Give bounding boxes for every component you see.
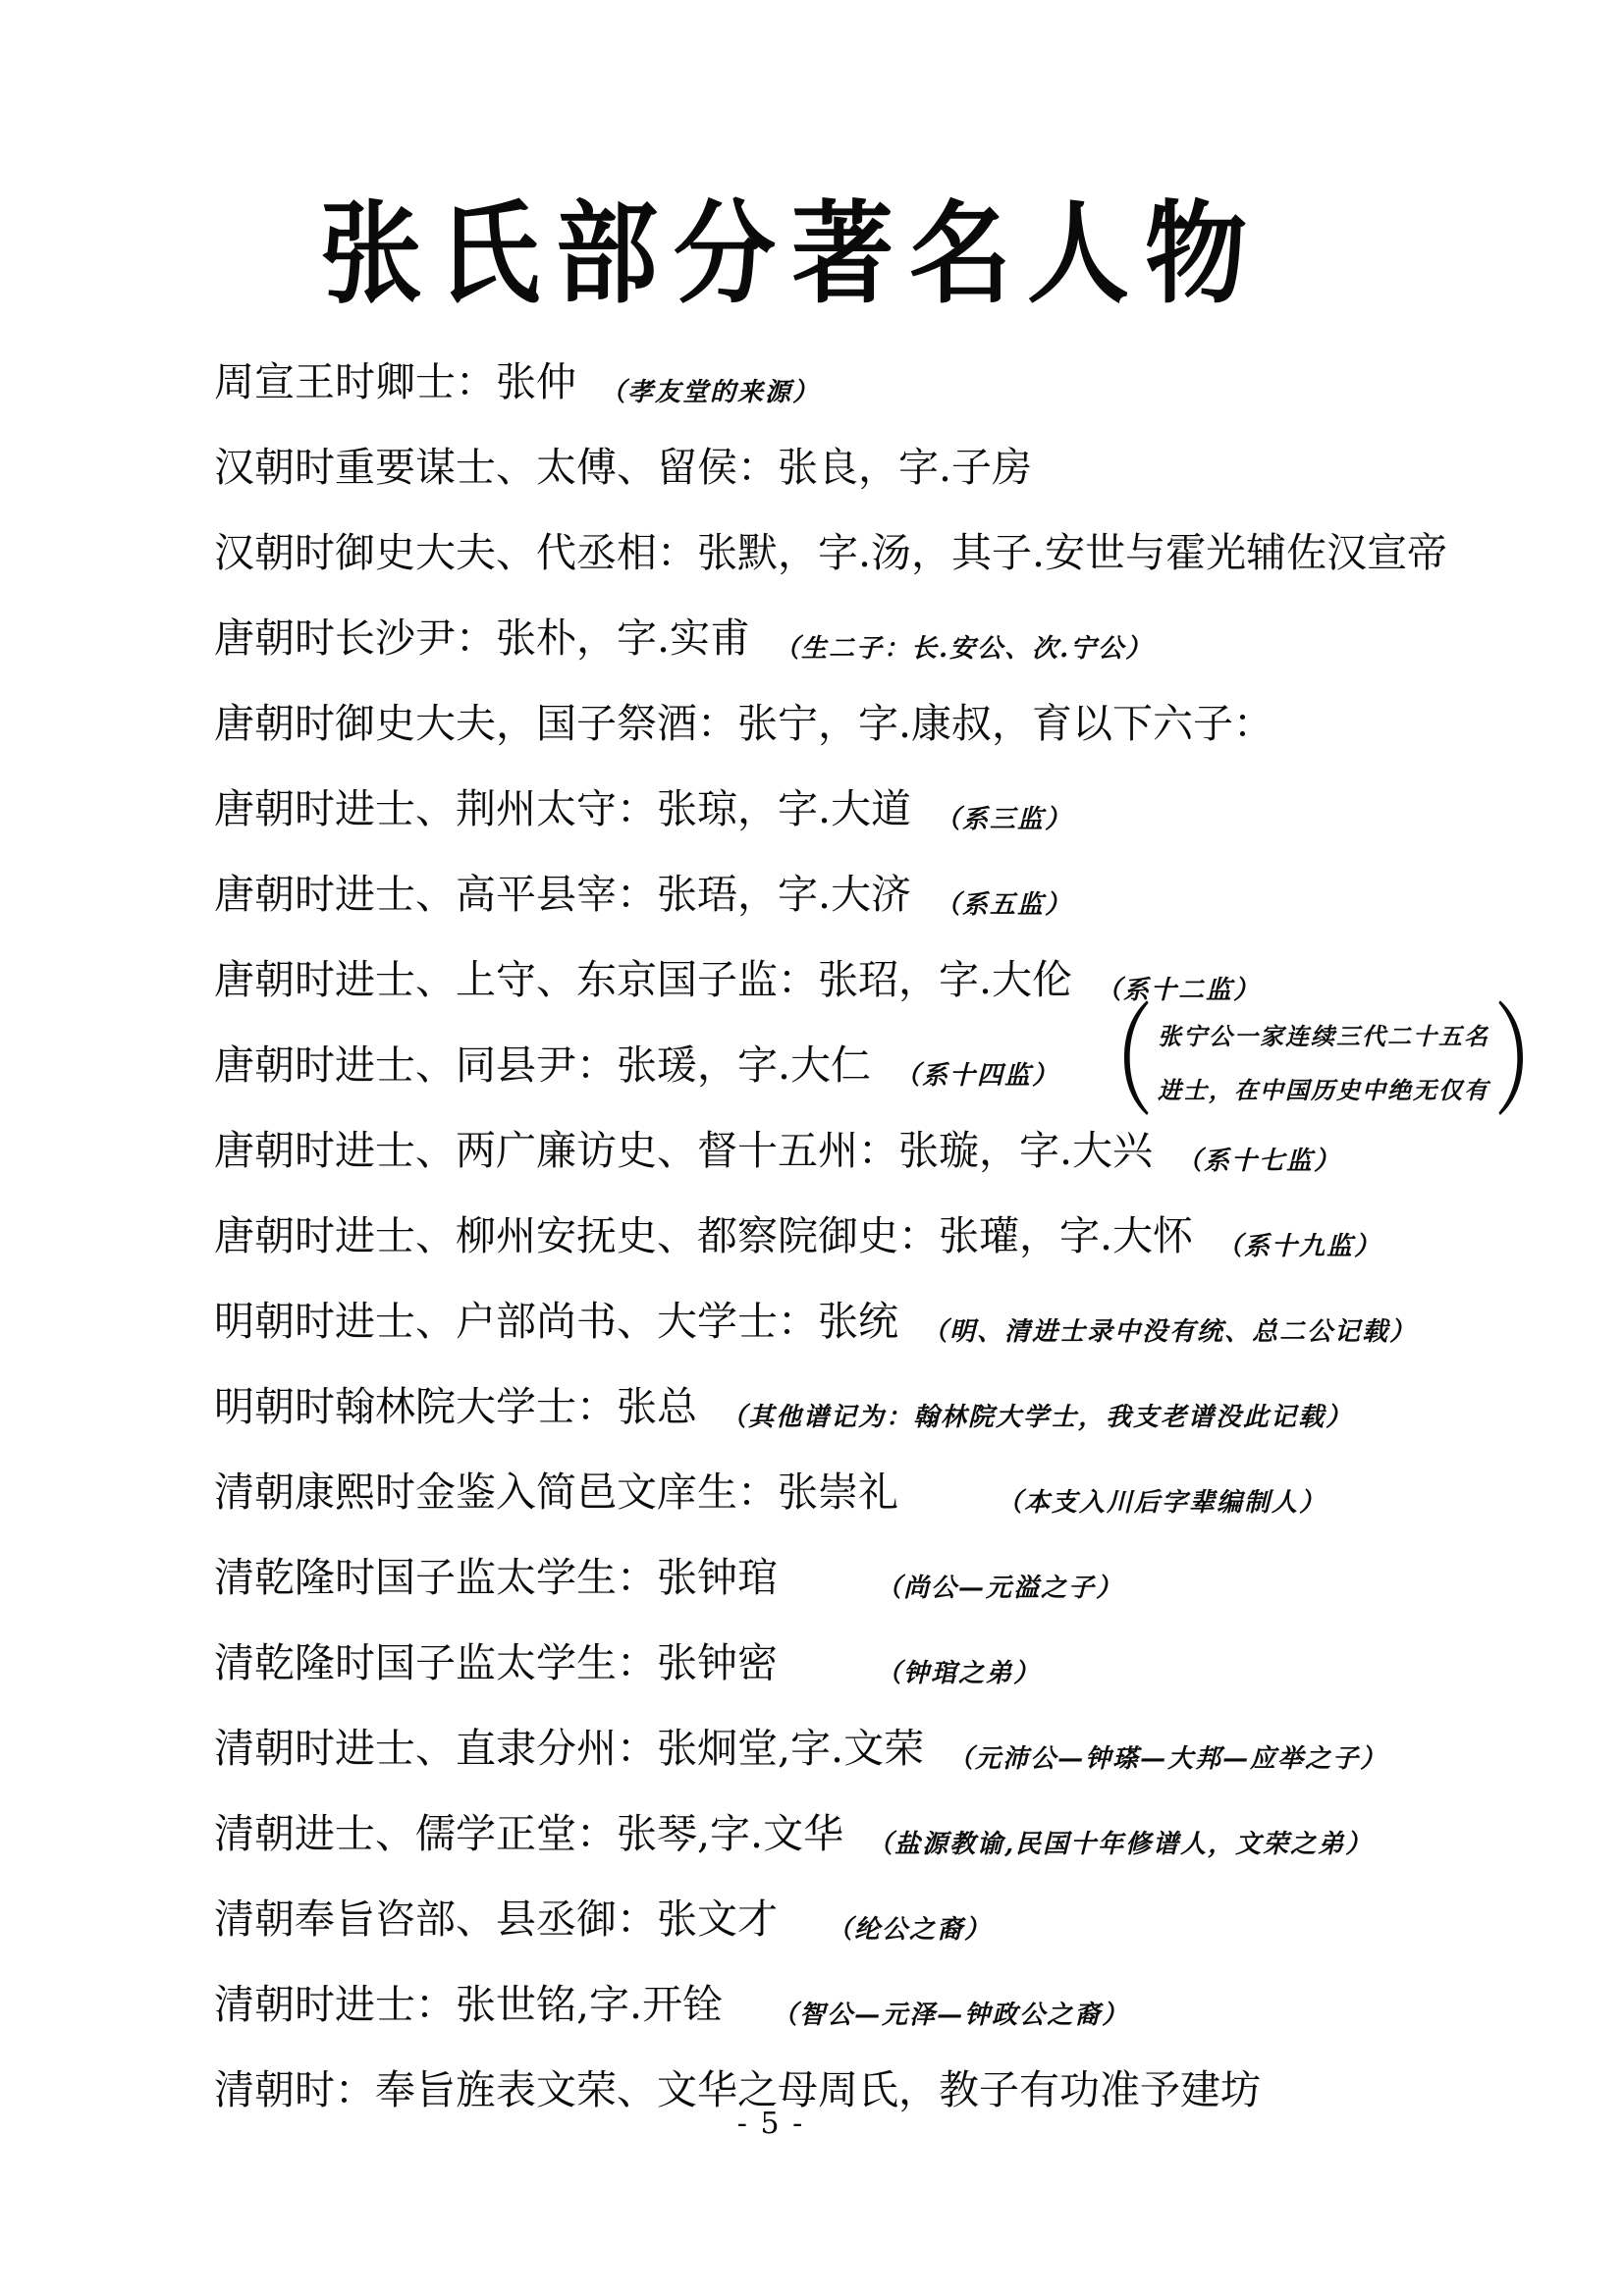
- entry-line: 清朝康熙时金鉴入简邑文庠生：张崇礼（本支入川后字辈编制人）: [214, 1469, 1598, 1555]
- entry-annotation: （其他谱记为：翰林院大学士，我支老谱没此记载）: [721, 1397, 1353, 1433]
- entry-line: 清乾隆时国子监太学生：张钟琯（尚公—元溢之子）: [214, 1555, 1598, 1640]
- entry-annotation: （明、清进士录中没有统、总二公记载）: [922, 1311, 1417, 1348]
- side-note-open-paren: （: [1069, 1002, 1154, 1125]
- entry-side-note: （张宁公一家连续三代二十五名进士，在中国历史中绝无仅有）: [1069, 1009, 1578, 1117]
- entry-annotation: （孝友堂的来源）: [600, 372, 820, 408]
- entry-annotation: （钟琯之弟）: [876, 1653, 1041, 1689]
- entry-line: 唐朝时进士、同县尹：张瑗，字.大仁（系十四监）（张宁公一家连续三代二十五名进士，…: [214, 1042, 1598, 1128]
- entry-annotation: （系三监）: [935, 799, 1072, 835]
- side-note-line: 张宁公一家连续三代二十五名: [1158, 1009, 1489, 1063]
- entry-main-text: 唐朝时进士、同县尹：张瑗，字.大仁: [214, 1042, 871, 1089]
- entry-main-text: 唐朝时进士、荆州太守：张琼，字.大道: [214, 786, 911, 832]
- document-page: 张氏部分著名人物 周宣王时卿士：张仲（孝友堂的来源）汉朝时重要谋士、太傅、留侯：…: [0, 0, 1624, 2296]
- page-number: - 5 -: [0, 2107, 1542, 2141]
- side-note-line: 进士，在中国历史中绝无仅有: [1158, 1063, 1489, 1117]
- entry-line: 明朝时进士、户部尚书、大学士：张统（明、清进士录中没有统、总二公记载）: [214, 1299, 1598, 1384]
- entry-main-text: 清朝奉旨咨部、县丞御：张文才: [214, 1896, 778, 1943]
- entry-annotation: （智公—元泽—钟政公之裔）: [772, 1995, 1129, 2031]
- entry-main-text: 清乾隆时国子监太学生：张钟密: [214, 1640, 778, 1686]
- entry-annotation: （纶公之裔）: [827, 1909, 992, 1946]
- entry-line: 清朝时进士、直隶分州：张炯堂,字.文荣（元沛公—钟瑹—大邦—应举之子）: [214, 1726, 1598, 1811]
- page-title: 张氏部分著名人物: [320, 165, 1263, 324]
- entry-main-text: 清朝时进士：张世铭,字.开铨: [214, 1982, 723, 2028]
- entry-line: 清朝进士、儒学正堂：张琴,字.文华（盐源教谕,民国十年修谱人，文荣之弟）: [214, 1811, 1598, 1896]
- side-note-close-paren: ）: [1493, 1002, 1578, 1125]
- entry-main-text: 清朝时进士、直隶分州：张炯堂,字.文荣: [214, 1726, 924, 1772]
- entry-annotation: （系十四监）: [894, 1055, 1059, 1092]
- entry-annotation: （本支入川后字辈编制人）: [997, 1482, 1326, 1519]
- entry-line: 周宣王时卿士：张仲（孝友堂的来源）: [214, 359, 1598, 445]
- entry-line: 唐朝时长沙尹：张朴，字.实甫（生二子：长.安公、次.宁公）: [214, 615, 1598, 701]
- entry-line: 清朝奉旨咨部、县丞御：张文才（纶公之裔）: [214, 1896, 1598, 1982]
- entry-main-text: 唐朝时进士、高平县宰：张珸，字.大济: [214, 872, 911, 918]
- entry-main-text: 唐朝时进士、上守、东京国子监：张玿，字.大伦: [214, 957, 1072, 1003]
- entry-line: 唐朝时进士、高平县宰：张珸，字.大济（系五监）: [214, 872, 1598, 957]
- entry-line: 唐朝时进士、荆州太守：张琼，字.大道（系三监）: [214, 786, 1598, 872]
- entry-line: 唐朝时进士、柳州安抚史、都察院御史：张瓘，字.大怀（系十九监）: [214, 1213, 1598, 1299]
- entry-main-text: 清乾隆时国子监太学生：张钟琯: [214, 1555, 778, 1601]
- entry-main-text: 唐朝时御史大夫，国子祭酒：张宁，字.康叔，育以下六子：: [214, 701, 1273, 747]
- entry-annotation: （系十九监）: [1217, 1226, 1381, 1262]
- entry-annotation: （盐源教谕,民国十年修谱人，文荣之弟）: [867, 1824, 1373, 1860]
- entry-main-text: 汉朝时重要谋士、太傅、留侯：张良，字.子房: [214, 445, 1032, 491]
- entry-annotation: （元沛公—钟瑹—大邦—应举之子）: [947, 1738, 1387, 1775]
- entry-main-text: 唐朝时进士、两广廉访史、督十五州：张璇，字.大兴: [214, 1128, 1153, 1174]
- entry-main-text: 唐朝时长沙尹：张朴，字.实甫: [214, 615, 750, 662]
- entry-line: 清乾隆时国子监太学生：张钟密（钟琯之弟）: [214, 1640, 1598, 1726]
- entry-main-text: 明朝时翰林院大学士：张总: [214, 1384, 697, 1430]
- entry-main-text: 周宣王时卿士：张仲: [214, 359, 576, 405]
- entry-main-text: 清朝康熙时金鉴入简邑文庠生：张崇礼: [214, 1469, 898, 1516]
- entry-line: 唐朝时进士、两广廉访史、督十五州：张璇，字.大兴（系十七监）: [214, 1128, 1598, 1213]
- entry-line: 汉朝时御史大夫、代丞相：张默，字.汤，其子.安世与霍光辅佐汉宣帝: [214, 530, 1598, 615]
- entry-main-text: 唐朝时进士、柳州安抚史、都察院御史：张瓘，字.大怀: [214, 1213, 1193, 1259]
- entry-line: 明朝时翰林院大学士：张总（其他谱记为：翰林院大学士，我支老谱没此记载）: [214, 1384, 1598, 1469]
- entry-main-text: 汉朝时御史大夫、代丞相：张默，字.汤，其子.安世与霍光辅佐汉宣帝: [214, 530, 1447, 576]
- entry-annotation: （生二子：长.安公、次.宁公）: [774, 628, 1153, 665]
- entry-annotation: （系十七监）: [1176, 1141, 1341, 1177]
- entry-list: 周宣王时卿士：张仲（孝友堂的来源）汉朝时重要谋士、太傅、留侯：张良，字.子房汉朝…: [214, 359, 1598, 2153]
- entry-annotation: （尚公—元溢之子）: [876, 1568, 1123, 1604]
- entry-main-text: 明朝时进士、户部尚书、大学士：张统: [214, 1299, 898, 1345]
- entry-line: 汉朝时重要谋士、太傅、留侯：张良，字.子房: [214, 445, 1598, 530]
- entry-line: 唐朝时御史大夫，国子祭酒：张宁，字.康叔，育以下六子：: [214, 701, 1598, 786]
- entry-line: 清朝时进士：张世铭,字.开铨（智公—元泽—钟政公之裔）: [214, 1982, 1598, 2067]
- entry-main-text: 清朝进士、儒学正堂：张琴,字.文华: [214, 1811, 843, 1857]
- entry-annotation: （系五监）: [935, 884, 1072, 921]
